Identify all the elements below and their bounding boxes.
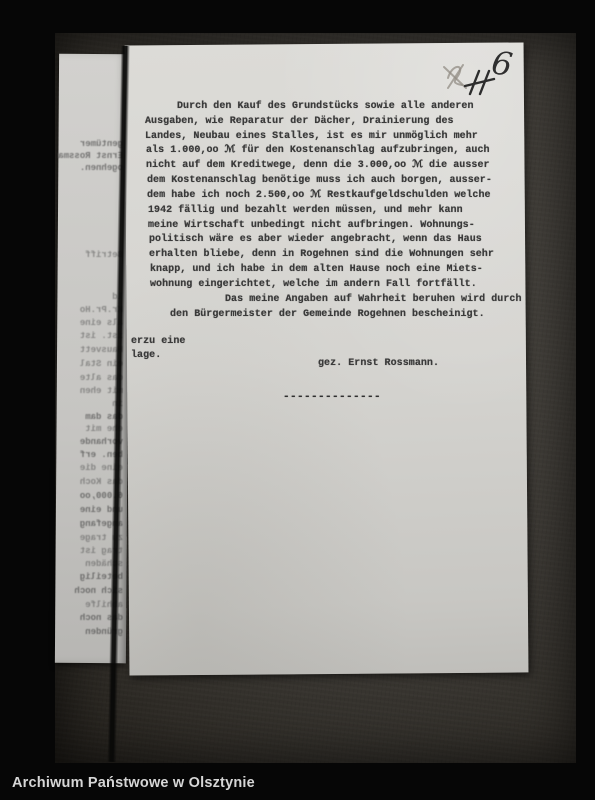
handwritten-page-number: 6 [489, 43, 515, 84]
pencil-scribble [444, 65, 466, 88]
handwritten-annotations: 6 [436, 40, 518, 102]
scan-background: { "colors": { "paper": "#d5d4d0", "photo… [0, 0, 595, 800]
document-page [125, 42, 529, 675]
archive-watermark: Archiwum Państwowe w Olsztynie [12, 774, 255, 792]
